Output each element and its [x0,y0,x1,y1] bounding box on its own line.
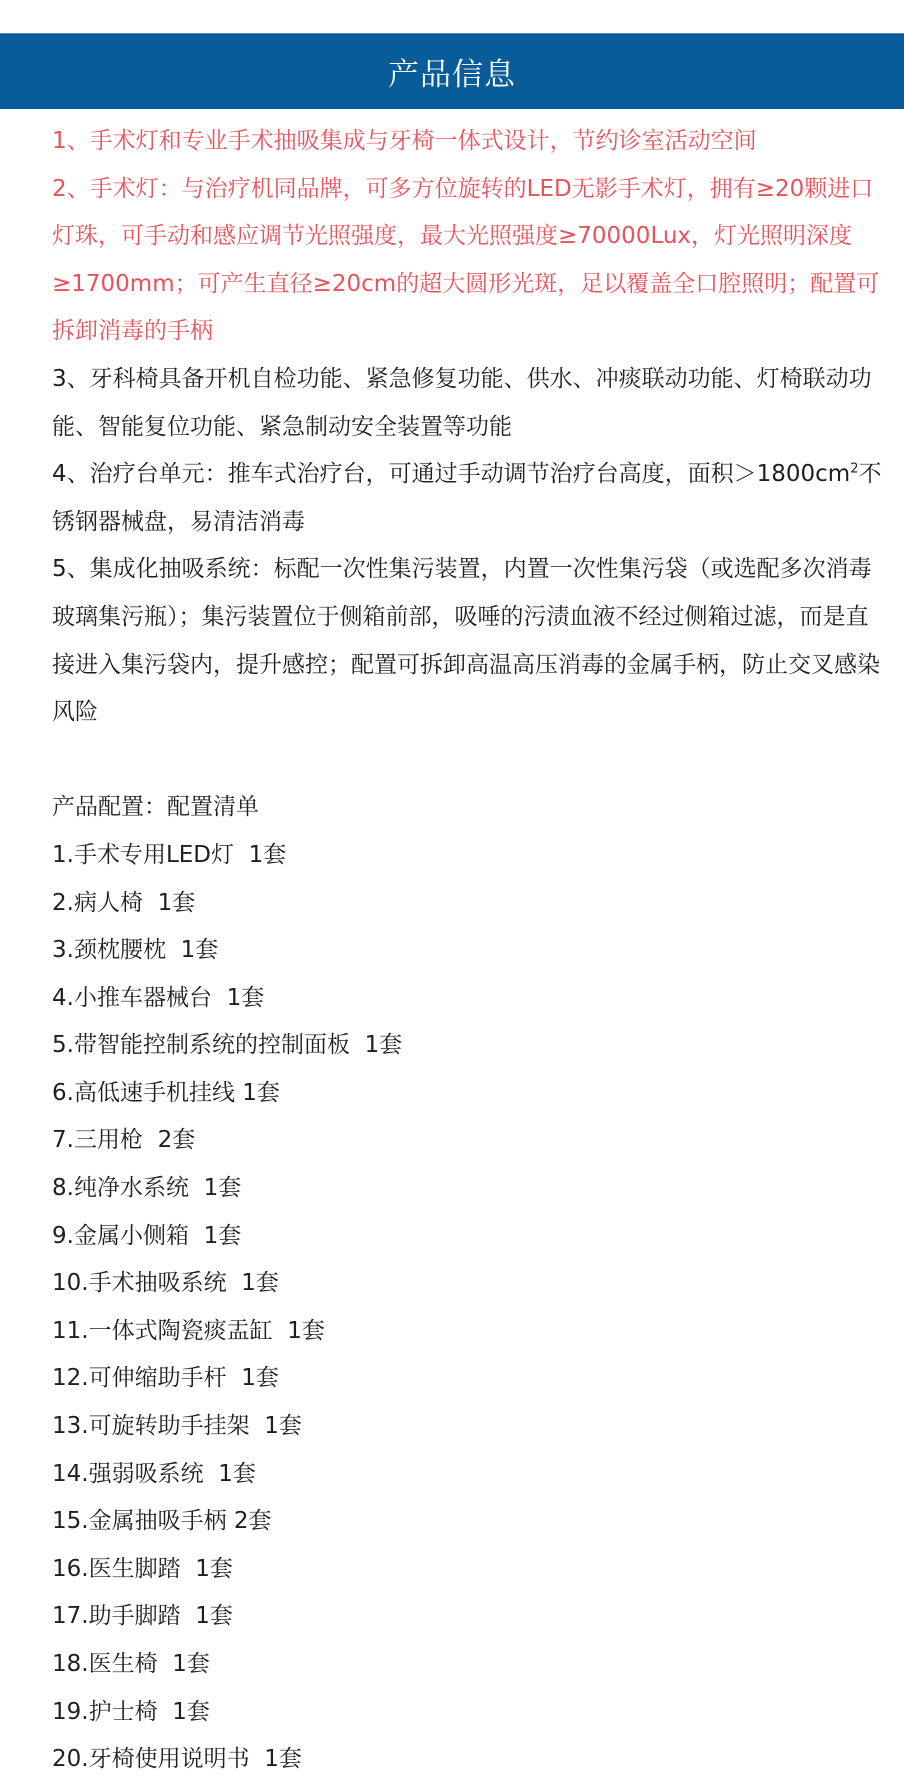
superscript-2: 2 [850,462,858,477]
config-list-item: 1.手术专用LED灯 1套 [52,832,882,880]
feature-item-4-text: 4、治疗台单元：推车式治疗台，可通过手动调节治疗台高度，面积＞1800cm [52,461,850,487]
feature-item-3: 3、牙科椅具备开机自检功能、紧急修复功能、供水、冲痰联动功能、灯椅联动功能、智能… [52,356,882,451]
config-list-item: 16.医生脚踏 1套 [52,1546,882,1594]
config-list-item: 17.助手脚踏 1套 [52,1593,882,1641]
config-list-item: 19.护士椅 1套 [52,1689,882,1737]
config-list-item: 6.高低速手机挂线 1套 [52,1070,882,1118]
config-list-item: 14.强弱吸系统 1套 [52,1451,882,1499]
config-list-item: 10.手术抽吸系统 1套 [52,1260,882,1308]
section-spacer [52,737,882,785]
config-list: 1.手术专用LED灯 1套 2.病人椅 1套 3.颈枕腰枕 1套 4.小推车器械… [52,832,882,1782]
config-list-item: 3.颈枕腰枕 1套 [52,927,882,975]
config-list-item: 9.金属小侧箱 1套 [52,1213,882,1261]
config-list-item: 4.小推车器械台 1套 [52,975,882,1023]
config-list-item: 20.牙椅使用说明书 1套 [52,1736,882,1782]
config-list-item: 13.可旋转助手挂架 1套 [52,1403,882,1451]
feature-item-1: 1、手术灯和专业手术抽吸集成与牙椅一体式设计，节约诊室活动空间 [52,118,882,166]
config-list-item: 15.金属抽吸手柄 2套 [52,1498,882,1546]
config-list-item: 12.可伸缩助手杆 1套 [52,1355,882,1403]
product-info-content: 1、手术灯和专业手术抽吸集成与牙椅一体式设计，节约诊室活动空间 2、手术灯：与治… [52,118,882,1782]
section-title: 产品信息 [388,49,516,94]
section-header-bar: 产品信息 [0,33,904,109]
config-list-item: 8.纯净水系统 1套 [52,1165,882,1213]
feature-item-2: 2、手术灯：与治疗机同品牌，可多方位旋转的LED无影手术灯，拥有≥20颗进口灯珠… [52,166,882,356]
config-list-item: 11.一体式陶瓷痰盂缸 1套 [52,1308,882,1356]
feature-item-4: 4、治疗台单元：推车式治疗台，可通过手动调节治疗台高度，面积＞1800cm2不锈… [52,451,882,546]
feature-item-5: 5、集成化抽吸系统：标配一次性集污装置，内置一次性集污袋（或选配多次消毒玻璃集污… [52,546,882,736]
config-list-item: 7.三用枪 2套 [52,1117,882,1165]
config-heading: 产品配置：配置清单 [52,784,882,832]
config-list-item: 5.带智能控制系统的控制面板 1套 [52,1022,882,1070]
config-list-item: 2.病人椅 1套 [52,880,882,928]
config-list-item: 18.医生椅 1套 [52,1641,882,1689]
